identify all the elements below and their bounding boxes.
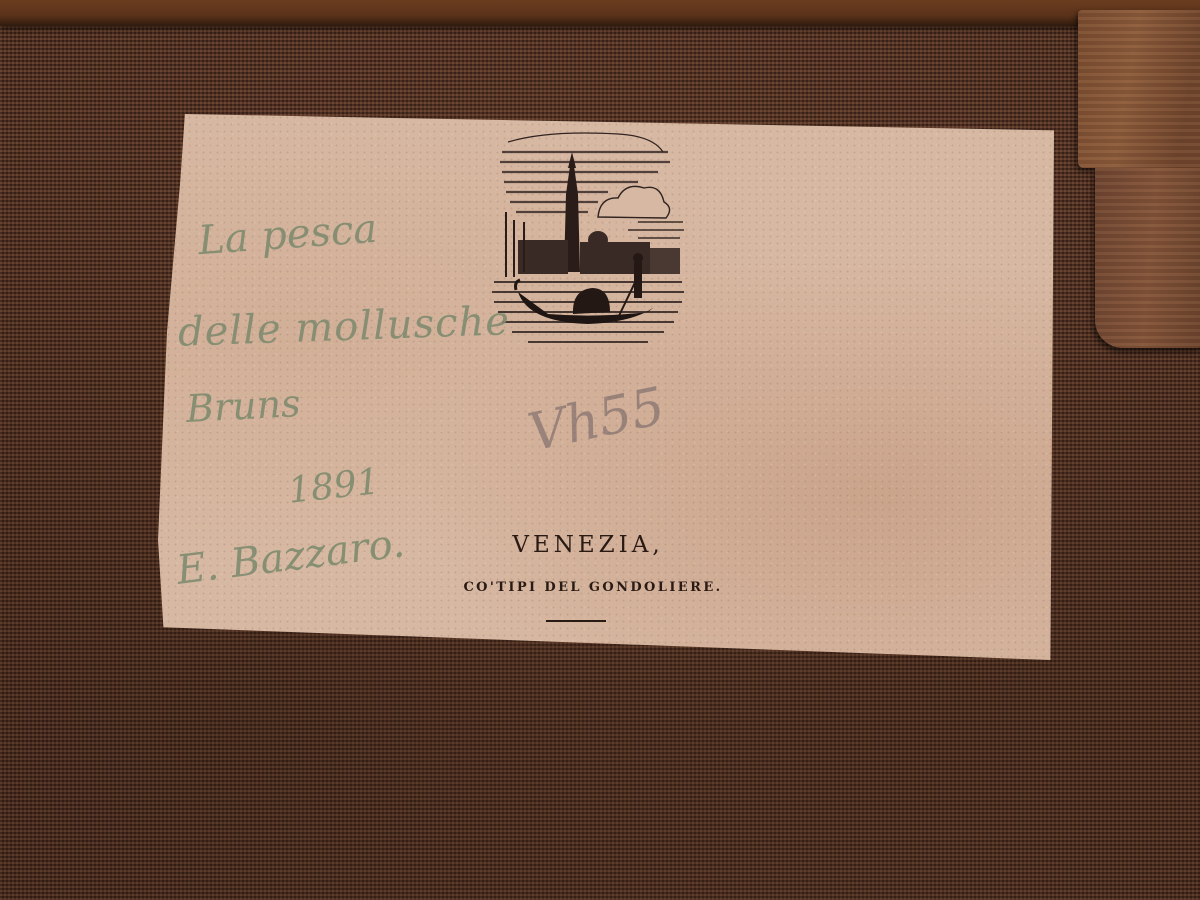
wood-grain [1095,168,1200,348]
wood-grain [1078,10,1200,168]
handwritten-line-3: Bruns [185,381,302,431]
venice-gondola-engraving-icon [488,122,688,358]
wooden-frame-top [0,0,1200,26]
printed-subtitle: CO'TIPI DEL GONDOLIERE. [398,580,788,595]
wooden-stretcher-key [1095,168,1200,348]
printed-rule [546,620,606,622]
printed-title: VENEZIA, [478,532,698,558]
paper-label: VENEZIA, CO'TIPI DEL GONDOLIERE. La pesc… [158,114,1054,660]
wooden-corner-block [1078,10,1200,168]
